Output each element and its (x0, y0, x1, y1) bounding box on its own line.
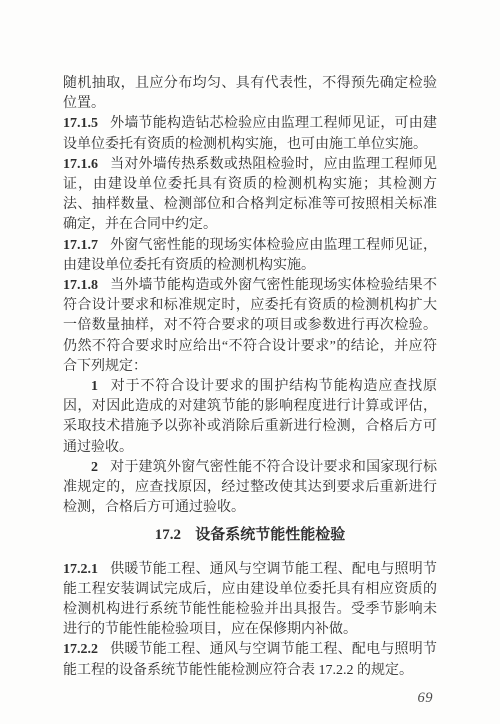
clause-number: 17.1.7 (63, 238, 98, 253)
clause-number: 17.2.1 (63, 562, 98, 577)
subitem-2: 2对于建筑外窗气密性能不符合设计要求和国家现行标准规定的，应查找原因，经过整改使… (63, 458, 437, 519)
clause-number: 17.1.6 (63, 157, 98, 172)
clause-17-2-1: 17.2.1供暖节能工程、通风与空调节能工程、配电与照明节能工程安装调试完成后，… (63, 560, 437, 641)
clause-17-2-2: 17.2.2供暖节能工程、通风与空调节能工程、配电与照明节能工程的设备系统节能性… (63, 640, 437, 680)
clause-text: 外墙节能构造钻芯检验应由监理工程师见证，可由建设单位委托有资质的检测机构实施，也… (63, 116, 437, 151)
subitem-text: 对于不符合设计要求的围护结构节能构造应查找原因，对因此造成的对建筑节能的影响程度… (63, 379, 437, 455)
clause-17-1-5: 17.1.5外墙节能构造钻芯检验应由监理工程师见证，可由建设单位委托有资质的检测… (63, 114, 437, 154)
section-title: 设备系统节能性能检验 (195, 527, 345, 543)
subitem-text: 对于建筑外窗气密性能不符合设计要求和国家现行标准规定的，应查找原因，经过整改使其… (63, 460, 437, 515)
document-page: 随机抽取，且应分布均匀、具有代表性，不得预先确定检验位置。 17.1.5外墙节能… (0, 0, 500, 724)
subitem-1: 1对于不符合设计要求的围护结构节能构造应查找原因，对因此造成的对建筑节能的影响程… (63, 377, 437, 458)
section-number: 17.2 (155, 527, 181, 543)
clause-text: 当外墙节能构造或外窗气密性能现场实体检验结果不符合设计要求和标准规定时，应委托有… (63, 278, 437, 374)
clause-text: 外窗气密性能的现场实体检验应由监理工程师见证，由建设单位委托有资质的检测机构实施… (63, 238, 437, 273)
section-heading: 17.2设备系统节能性能检验 (63, 525, 437, 545)
clause-text: 当对外墙传热系数或热阻检验时，应由监理工程师见证，由建设单位委托具有资质的检测机… (63, 157, 437, 233)
page-number: 69 (63, 688, 437, 708)
paragraph-continuation: 随机抽取，且应分布均匀、具有代表性，不得预先确定检验位置。 (63, 74, 437, 114)
paragraph-text: 随机抽取，且应分布均匀、具有代表性，不得预先确定检验位置。 (63, 76, 437, 111)
clause-text: 供暖节能工程、通风与空调节能工程、配电与照明节能工程的设备系统节能性能检测应符合… (63, 642, 437, 677)
subitem-number: 2 (91, 460, 98, 475)
clause-text: 供暖节能工程、通风与空调节能工程、配电与照明节能工程安装调试完成后，应由建设单位… (63, 562, 437, 638)
clause-number: 17.1.8 (63, 278, 98, 293)
clause-number: 17.1.5 (63, 116, 98, 131)
subitem-number: 1 (91, 379, 98, 394)
clause-17-1-8: 17.1.8当外墙节能构造或外窗气密性能现场实体检验结果不符合设计要求和标准规定… (63, 276, 437, 377)
clause-17-1-7: 17.1.7外窗气密性能的现场实体检验应由监理工程师见证，由建设单位委托有资质的… (63, 236, 437, 276)
clause-17-1-6: 17.1.6当对外墙传热系数或热阻检验时，应由监理工程师见证，由建设单位委托具有… (63, 155, 437, 236)
clause-number: 17.2.2 (63, 642, 98, 657)
